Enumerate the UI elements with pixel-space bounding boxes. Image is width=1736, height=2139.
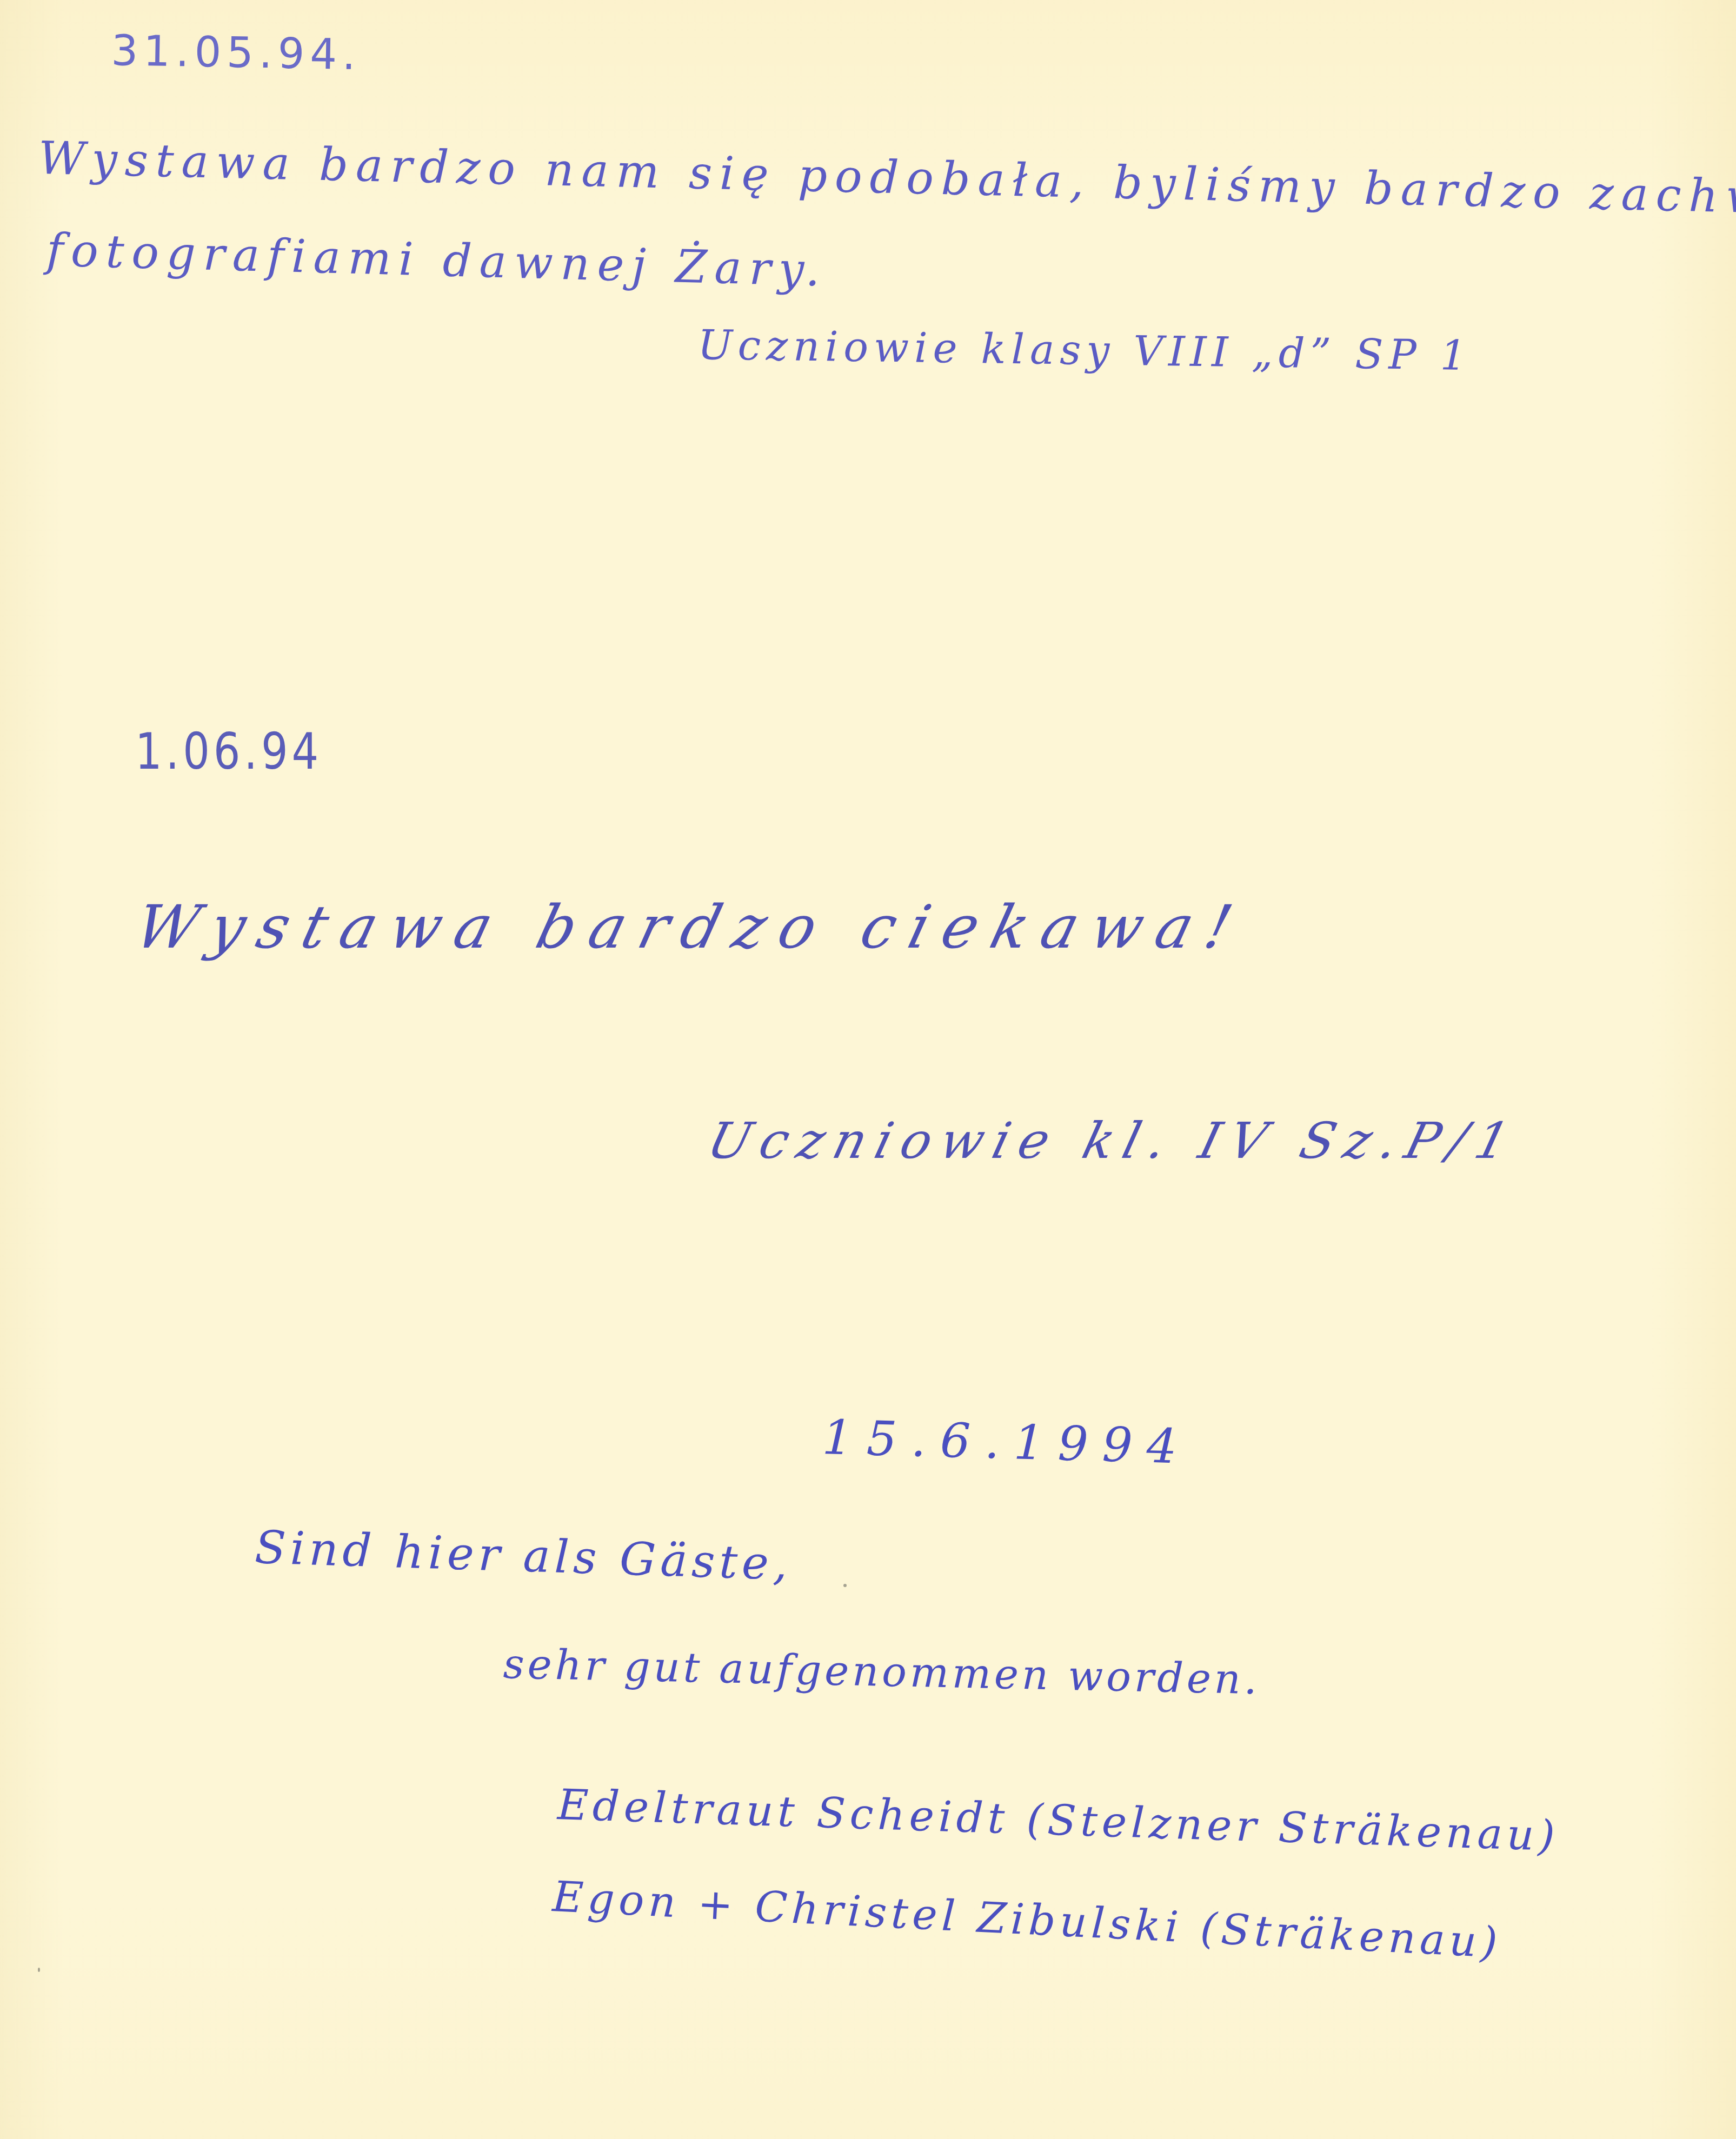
entry-text-line: Sind hier als Gäste, xyxy=(254,1524,793,1587)
entry-date: 15.6.1994 xyxy=(822,1414,1192,1471)
guestbook-entry-3: 15.6.1994 Sind hier als Gäste, sehr gut … xyxy=(0,0,1736,2139)
entry-signature: Egon + Christel Zibulski (Sträkenau) xyxy=(551,1876,1502,1964)
entry-signature: Edeltraut Scheidt (Stelzner Sträkenau) xyxy=(557,1784,1560,1857)
paper-speck xyxy=(843,1584,847,1587)
paper-speck xyxy=(38,1968,40,1972)
entry-text-line: sehr gut aufgenommen worden. xyxy=(503,1643,1261,1700)
guestbook-page: 31.05.94. Wystawa bardzo nam się podobał… xyxy=(0,0,1736,2139)
